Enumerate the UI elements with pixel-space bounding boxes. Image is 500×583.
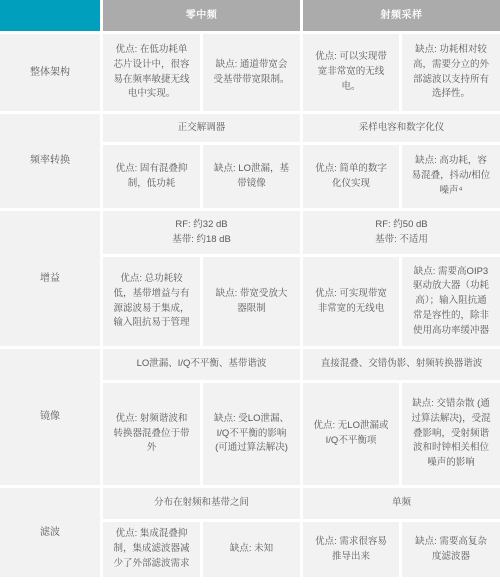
cell-architecture-rf-pro: 优点: 可以实现带宽非常宽的无线电。 <box>303 34 399 111</box>
row-label-architecture: 整体架构 <box>0 34 100 111</box>
cell-image-rf-con: 缺点: 交错杂散 (通过算法解决)，受混叠影响，受射频谐波和时钟相关相位噪声的影… <box>402 383 500 485</box>
cell-filtering-zif-summary: 分布在射频和基带之间 <box>103 488 300 519</box>
cell-filtering-rf-pro: 优点: 需求很容易推导出来 <box>303 522 399 577</box>
cell-frequency-conversion-zif-summary: 正交解调器 <box>103 114 300 142</box>
cell-architecture-zif-con: 缺点: 通道带宽会受基带带宽限制。 <box>203 34 300 111</box>
cell-gain-zif-pro: 优点: 总功耗较低，基带增益与有源滤波易于集成，输入阻抗易于管理 <box>103 257 200 346</box>
comparison-table: 零中频 射频采样 整体架构 优点: 在低功耗单芯片设计中，很容易在频率敏捷无线电… <box>0 0 500 577</box>
cell-filtering-zif-pro: 优点: 集成混叠抑制，集成滤波器减少了外部滤波需求 <box>103 522 200 577</box>
cell-frequency-conversion-rf-pro: 优点: 简单的数字化仪实现 <box>303 145 399 208</box>
cell-gain-zif-con: 缺点: 带宽受放大器限制 <box>203 257 300 346</box>
cell-frequency-conversion-rf-con: 缺点: 高功耗，容易混叠，抖动/相位噪声⁴ <box>402 145 500 208</box>
cell-gain-rf-summary: RF: 约50 dB 基带: 不适用 <box>303 211 500 254</box>
cell-filtering-rf-summary: 单频 <box>303 488 500 519</box>
cell-frequency-conversion-zif-pro: 优点: 固有混叠抑制，低功耗 <box>103 145 200 208</box>
row-label-frequency-conversion: 频率转换 <box>0 114 100 208</box>
cell-image-zif-summary: LO泄漏、I/Q不平衡、基带谐波 <box>103 349 300 380</box>
cell-frequency-conversion-rf-summary: 采样电容和数字化仪 <box>303 114 500 142</box>
cell-frequency-conversion-zif-con: 缺点: LO泄漏，基带镜像 <box>203 145 300 208</box>
gain-zif-rf-value: RF: 约32 dB <box>175 218 227 233</box>
cell-architecture-zif-pro: 优点: 在低功耗单芯片设计中，很容易在频率敏捷无线电中实现。 <box>103 34 200 111</box>
cell-filtering-rf-con: 缺点: 需要高复杂度滤波器 <box>402 522 500 577</box>
gain-rf-rf-value: RF: 约50 dB <box>375 218 427 233</box>
column-header-zif: 零中频 <box>103 0 300 31</box>
cell-image-zif-pro: 优点: 射频谐波和转换器混叠位于带外 <box>103 383 200 485</box>
cell-gain-zif-summary: RF: 约32 dB 基带: 约18 dB <box>103 211 300 254</box>
cell-gain-rf-con: 缺点: 需要高OIP3驱动放大器（功耗高）；输入阻抗通常是容性的，除非使用高功率… <box>402 257 500 346</box>
gain-zif-baseband-value: 基带: 约18 dB <box>172 233 231 248</box>
row-label-gain: 增益 <box>0 211 100 346</box>
row-label-filtering: 滤波 <box>0 488 100 577</box>
cell-image-rf-summary: 直接混叠、交错伪影、射频转换器谐波 <box>303 349 500 380</box>
table-corner-cell <box>0 0 100 31</box>
row-label-image: 镜像 <box>0 349 100 485</box>
cell-image-rf-pro: 优点: 无LO泄漏或I/Q不平衡项 <box>303 383 399 485</box>
column-header-rf-sampling: 射频采样 <box>303 0 500 31</box>
cell-gain-rf-pro: 优点: 可实现带宽非常宽的无线电 <box>303 257 399 346</box>
gain-rf-baseband-value: 基带: 不适用 <box>375 233 428 248</box>
cell-image-zif-con: 缺点: 受LO泄漏、I/Q不平衡的影响 (可通过算法解决) <box>203 383 300 485</box>
cell-filtering-zif-con: 缺点: 未知 <box>203 522 300 577</box>
cell-architecture-rf-con: 缺点: 功耗相对较高，需要分立的外部滤波以支持所有选择性。 <box>402 34 500 111</box>
